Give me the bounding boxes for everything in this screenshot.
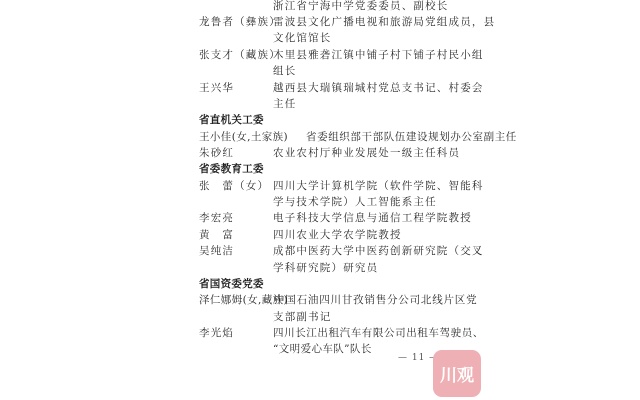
section-heading: 省委教育工委 (199, 163, 264, 175)
entry-description: 省委组织部干部队伍建设规划办公室副主任 (306, 131, 517, 143)
entry-description: 文化馆馆长 (273, 32, 332, 44)
entry-name: 李光焰 (199, 327, 234, 339)
document-page: 浙江省宁海中学党委委员、副校长 龙鲁者（彝族） 雷波县文化广播电视和旅游局党组成… (0, 0, 640, 400)
entry-description: 木里县雅砻江镇中铺子村下铺子村民小组 (273, 49, 484, 61)
entry-name: 吴纯洁 (199, 245, 234, 257)
entry-name: 李宏亮 (199, 212, 234, 224)
entry-description: 四川大学计算机学院（软件学院、智能科 (273, 180, 484, 192)
entry-description: 电子科技大学信息与通信工程学院教授 (273, 212, 472, 224)
entry-name: 王小佳(女,土家族) (199, 131, 288, 143)
entry-description: 成都中医药大学中医药创新研究院（交叉 (273, 245, 484, 257)
entry-name: 张支才（藏族） (199, 49, 281, 61)
entry-description: 四川长江出租汽车有限公司出租车驾驶员、 (273, 327, 484, 339)
entry-description: 浙江省宁海中学党委委员、副校长 (273, 0, 449, 12)
entry-description: 学科研究院）研究员 (273, 262, 378, 274)
entry-name: 黄 富 (199, 229, 234, 241)
entry-description: 越西县大瑞镇瑞城村党总支书记、村委会 (273, 82, 484, 94)
entry-description: 主任 (273, 98, 296, 110)
entry-description: 学与技术学院）人工智能系主任 (273, 196, 437, 208)
entry-name: 朱砂红 (199, 147, 234, 159)
entry-description: 四川农业大学农学院教授 (273, 229, 402, 241)
section-heading: 省直机关工委 (199, 114, 264, 126)
entry-description: 雷波县文化广播电视和旅游局党组成员，县 (273, 16, 495, 28)
logo-text: 川观 (440, 361, 474, 386)
entry-name: 王兴华 (199, 82, 234, 94)
entry-name: 龙鲁者（彝族） (199, 16, 281, 28)
entry-description: “文明爱心车队”队长 (273, 343, 372, 355)
entry-description: 农业农村厅种业发展处一级主任科员 (273, 147, 460, 159)
section-heading: 省国资委党委 (199, 278, 264, 290)
entry-description: 中国石油四川甘孜销售分公司北线片区党 (274, 294, 477, 306)
entry-description: 支部副书记 (273, 311, 332, 323)
entry-name: 张 蕾（女） (199, 180, 269, 192)
chuanguan-logo-watermark: 川观 (433, 350, 481, 397)
entry-description: 组长 (273, 65, 296, 77)
